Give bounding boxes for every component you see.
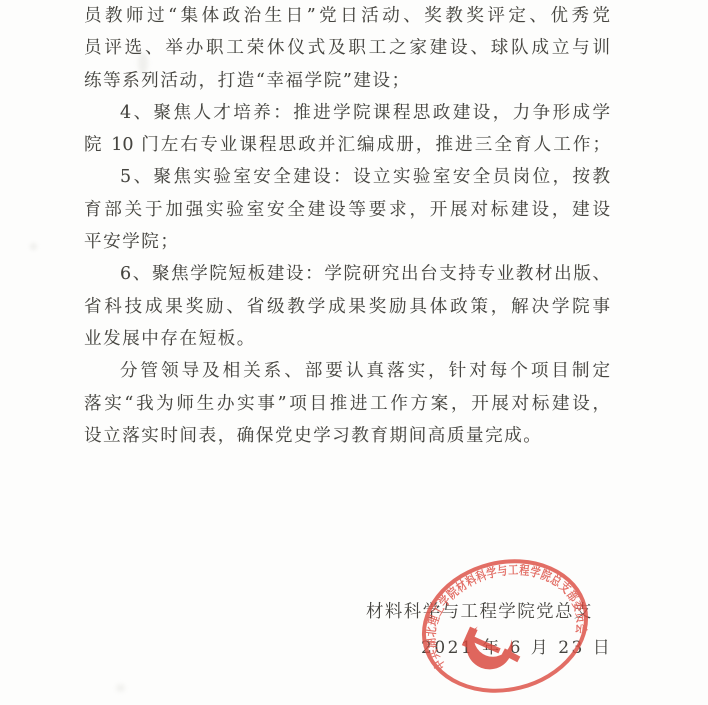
body-line: 员教师过“集体政治生日”党日活动、奖教奖评定、优秀党: [84, 0, 610, 32]
document-body: 员教师过“集体政治生日”党日活动、奖教奖评定、优秀党 员评选、举办职工荣休仪式及…: [84, 0, 610, 452]
body-line: 院 10 门左右专业课程思政并汇编成册，推进三全育人工作；: [84, 129, 610, 161]
signature-line: 材料科学与工程学院党总支: [366, 598, 593, 623]
body-line: 4、聚焦人才培养：推进学院课程思政建设，力争形成学: [84, 97, 610, 129]
body-line: 5、聚焦实验室安全建设：设立实验室安全员岗位，按教: [84, 161, 610, 193]
scan-artifact: [30, 243, 37, 250]
date-line: 2021 年 6 月 23 日: [421, 633, 612, 658]
body-line: 业发展中存在短板。: [84, 323, 610, 355]
seal-rim: [410, 552, 600, 705]
body-line: 分管领导及相关系、部要认真落实，针对每个项目制定: [84, 355, 610, 387]
body-line: 落实“我为师生办实事”项目推进工作方案，开展对标建设，: [84, 388, 610, 420]
document-page: 员教师过“集体政治生日”党日活动、奖教奖评定、优秀党 员评选、举办职工荣休仪式及…: [0, 0, 708, 705]
body-line: 练等系列活动，打造“幸福学院”建设；: [84, 65, 610, 97]
body-line: 设立落实时间表，确保党史学习教育期间高质量完成。: [84, 420, 610, 452]
party-seal: 中共湖北理工学院材料科学与工程学院总支部委员会: [410, 552, 606, 705]
body-line: 省科技成果奖励、省级教学成果奖励具体政策，解决学院事: [84, 291, 610, 323]
scan-artifact: [116, 684, 125, 692]
body-line: 平安学院；: [84, 226, 610, 258]
body-line: 员评选、举办职工荣休仪式及职工之家建设、球队成立与训: [84, 32, 610, 64]
body-line: 育部关于加强实验室安全建设等要求，开展对标建设，建设: [84, 194, 610, 226]
body-line: 6、聚焦学院短板建设：学院研究出台支持专业教材出版、: [84, 258, 610, 290]
